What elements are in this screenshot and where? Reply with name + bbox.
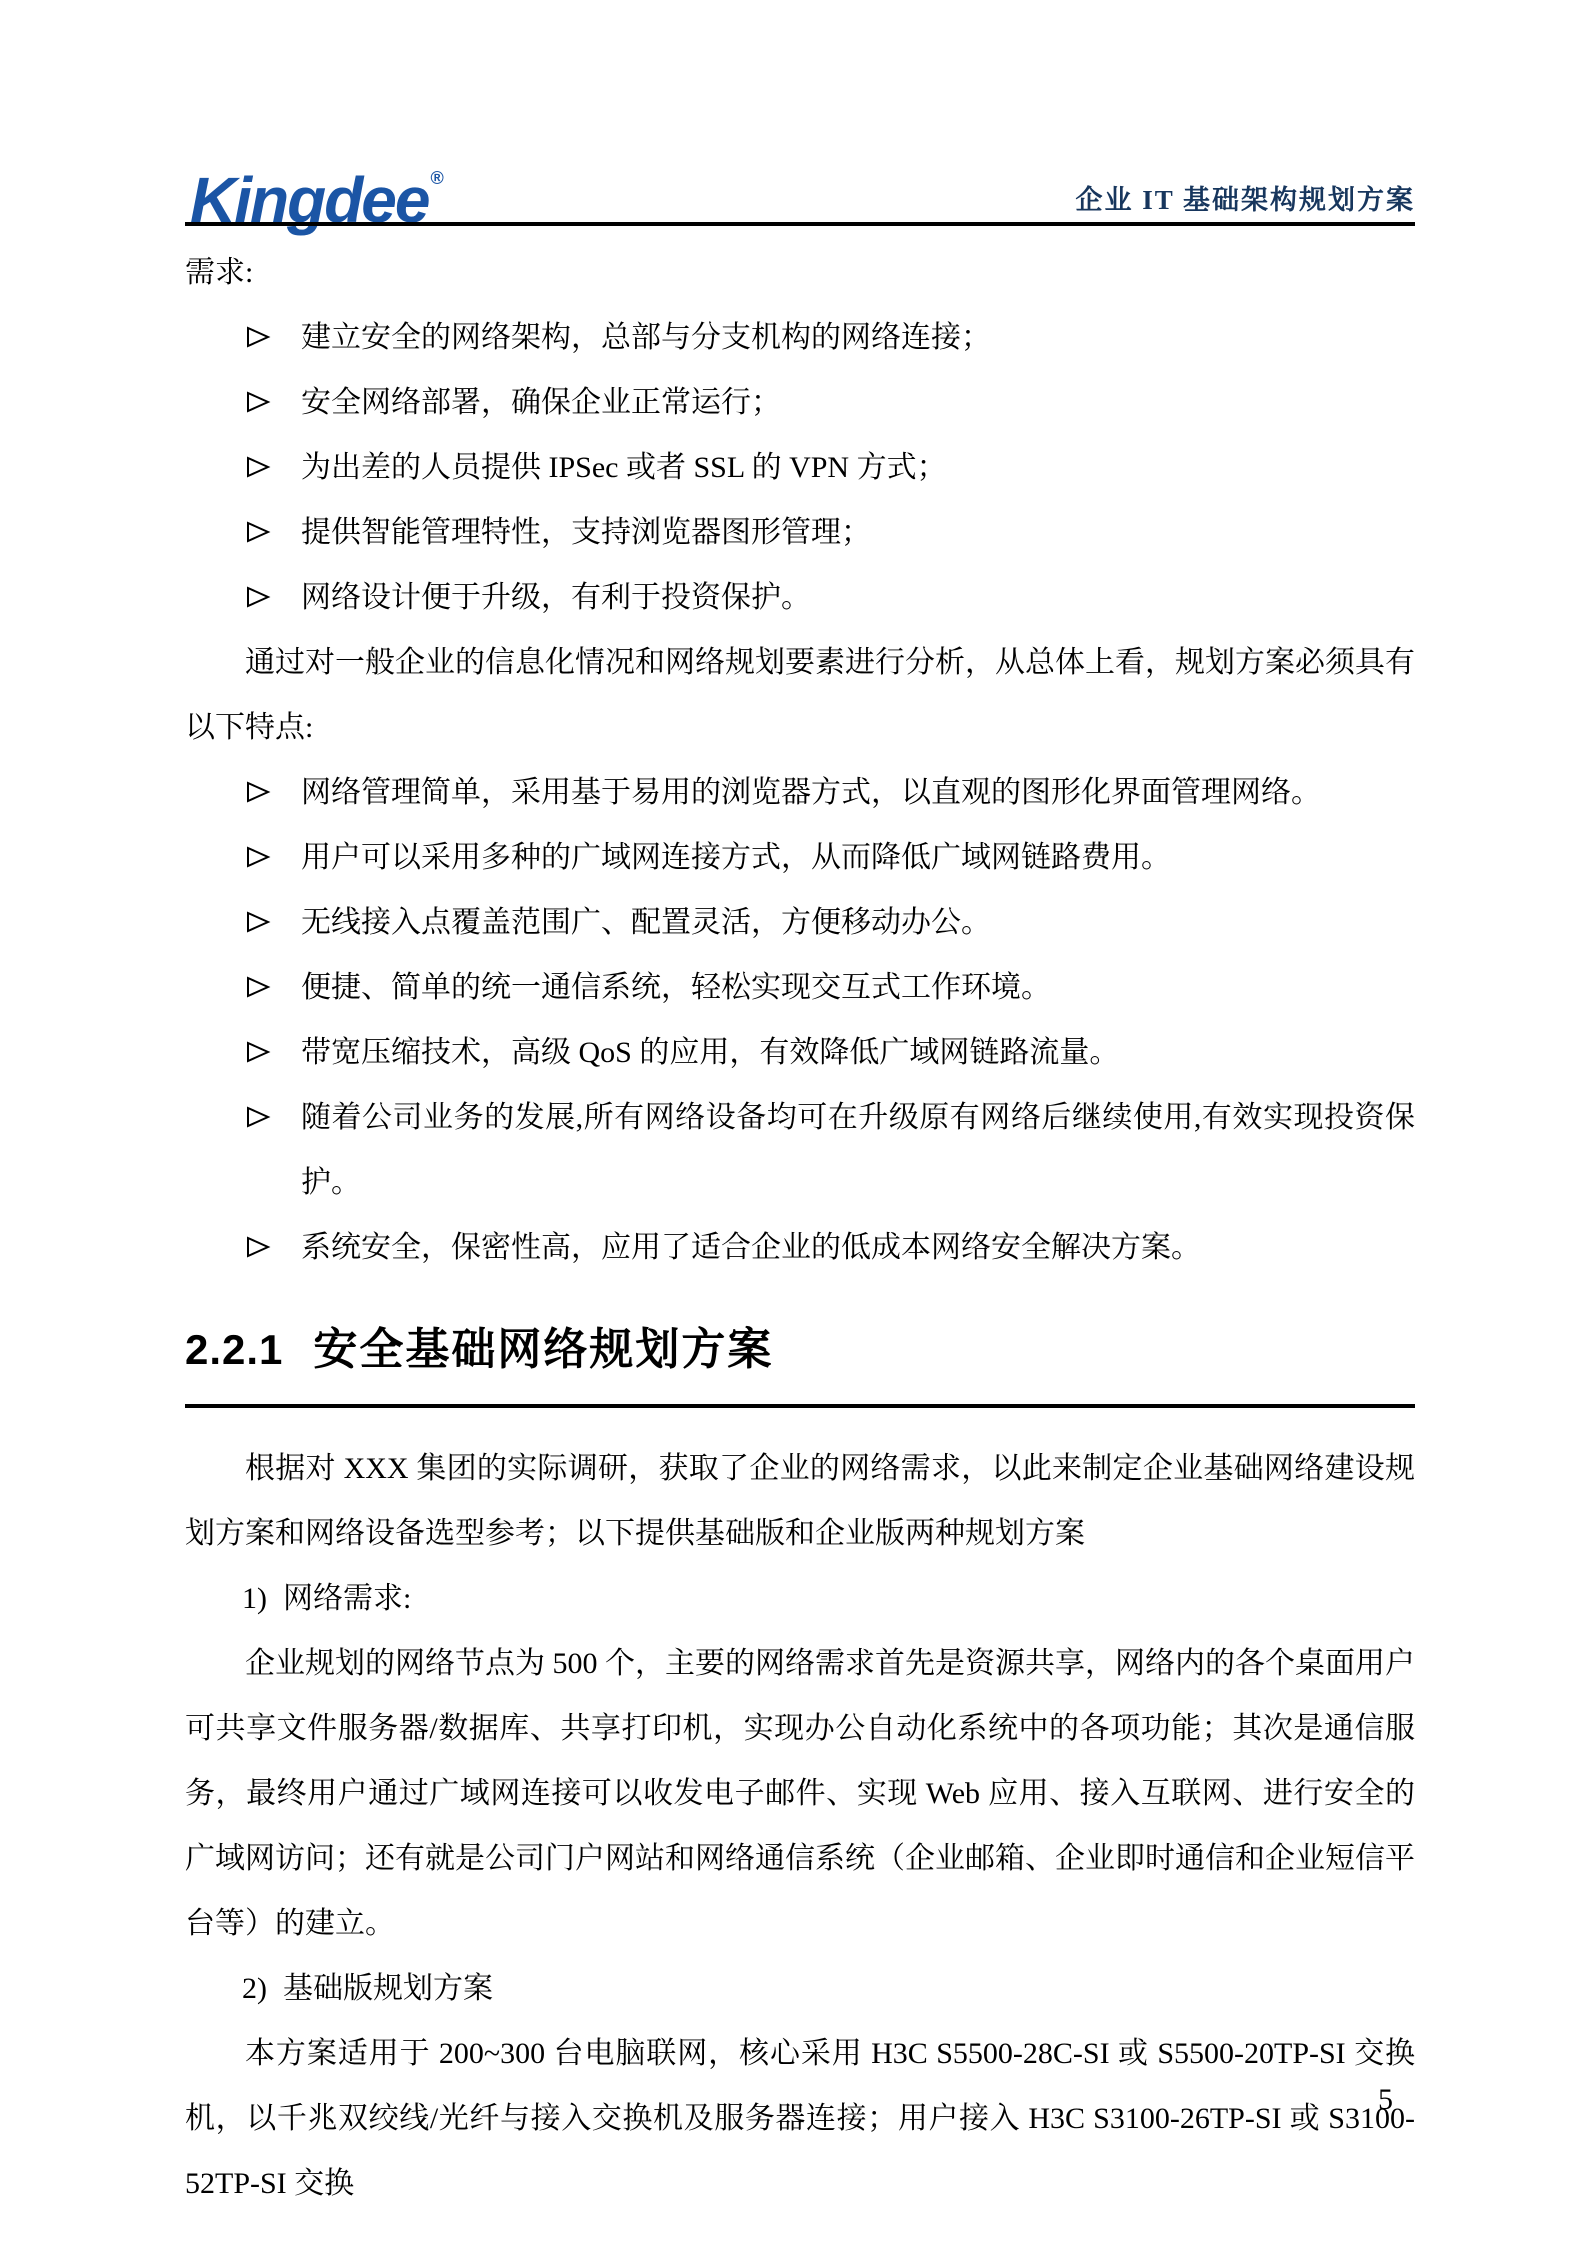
list-item: 建立安全的网络架构，总部与分支机构的网络连接；: [185, 305, 1415, 370]
list-item-text: 网络设计便于升级，有利于投资保护。: [301, 581, 811, 614]
section-number: 2.2.1: [185, 1310, 283, 1390]
requirements-list: 建立安全的网络架构，总部与分支机构的网络连接； 安全网络部署，确保企业正常运行；…: [185, 305, 1415, 630]
list-item: 系统安全，保密性高，应用了适合企业的低成本网络安全解决方案。: [185, 1215, 1415, 1280]
arrowhead-right-icon: [245, 780, 271, 804]
body-content: 需求: 建立安全的网络架构，总部与分支机构的网络连接； 安全网络部署，确保企业正…: [185, 240, 1415, 2216]
features-list: 网络管理简单，采用基于易用的浏览器方式，以直观的图形化界面管理网络。 用户可以采…: [185, 760, 1415, 1280]
arrowhead-right-icon: [245, 520, 271, 544]
list-item: 网络管理简单，采用基于易用的浏览器方式，以直观的图形化界面管理网络。: [185, 760, 1415, 825]
list-item: 带宽压缩技术，高级 QoS 的应用，有效降低广域网链路流量。: [185, 1020, 1415, 1085]
list-item: 安全网络部署，确保企业正常运行；: [185, 370, 1415, 435]
arrowhead-right-icon: [245, 1040, 271, 1064]
item-title: 基础版规划方案: [283, 1972, 493, 2005]
section-title: 安全基础网络规划方案: [313, 1310, 773, 1390]
kingdee-logo: Kingdee®: [190, 146, 444, 232]
arrowhead-right-icon: [245, 325, 271, 349]
document-title: 企业 IT 基础架构规划方案: [1075, 184, 1415, 216]
list-item: 便捷、简单的统一通信系统，轻松实现交互式工作环境。: [185, 955, 1415, 1020]
arrowhead-right-icon: [245, 390, 271, 414]
arrowhead-right-icon: [245, 845, 271, 869]
arrowhead-right-icon: [245, 975, 271, 999]
list-item-text: 无线接入点覆盖范围广、配置灵活，方便移动办公。: [301, 906, 991, 939]
item-title: 网络需求:: [283, 1582, 411, 1615]
list-item: 用户可以采用多种的广域网连接方式，从而降低广域网链路费用。: [185, 825, 1415, 890]
item-number: 2): [242, 1972, 267, 2005]
requirements-lead: 需求:: [185, 240, 1415, 305]
list-item-text: 系统安全，保密性高，应用了适合企业的低成本网络安全解决方案。: [301, 1231, 1201, 1264]
list-item: 提供智能管理特性，支持浏览器图形管理；: [185, 500, 1415, 565]
network-requirements-paragraph: 企业规划的网络节点为 500 个，主要的网络需求首先是资源共享，网络内的各个桌面…: [185, 1631, 1415, 1956]
list-item-text: 为出差的人员提供 IPSec 或者 SSL 的 VPN 方式；: [301, 451, 947, 484]
list-item-text: 用户可以采用多种的广域网连接方式，从而降低广域网链路费用。: [301, 841, 1171, 874]
arrowhead-right-icon: [245, 1105, 271, 1129]
list-item-text: 便捷、简单的统一通信系统，轻松实现交互式工作环境。: [301, 971, 1051, 1004]
list-item-text: 带宽压缩技术，高级 QoS 的应用，有效降低广域网链路流量。: [301, 1036, 1119, 1069]
list-item-text: 网络管理简单，采用基于易用的浏览器方式，以直观的图形化界面管理网络。: [301, 776, 1321, 809]
list-item: 随着公司业务的发展,所有网络设备均可在升级原有网络后继续使用,有效实现投资保护。: [185, 1085, 1415, 1215]
list-item-text: 建立安全的网络架构，总部与分支机构的网络连接；: [301, 321, 991, 354]
basic-plan-paragraph: 本方案适用于 200~300 台电脑联网，核心采用 H3C S5500-28C-…: [185, 2021, 1415, 2216]
list-item: 网络设计便于升级，有利于投资保护。: [185, 565, 1415, 630]
arrowhead-right-icon: [245, 1235, 271, 1259]
list-item-text: 提供智能管理特性，支持浏览器图形管理；: [301, 516, 871, 549]
section-heading: 2.2.1 安全基础网络规划方案: [185, 1310, 1415, 1390]
arrowhead-right-icon: [245, 910, 271, 934]
list-item-text: 随着公司业务的发展,所有网络设备均可在升级原有网络后继续使用,有效实现投资保护。: [301, 1101, 1415, 1199]
item-number: 1): [242, 1582, 267, 1615]
list-item: 为出差的人员提供 IPSec 或者 SSL 的 VPN 方式；: [185, 435, 1415, 500]
numbered-item-1-label: 1)网络需求:: [185, 1566, 1415, 1631]
section-intro-paragraph: 根据对 XXX 集团的实际调研，获取了企业的网络需求，以此来制定企业基础网络建设…: [185, 1436, 1415, 1566]
page-number: 5: [1378, 2082, 1393, 2118]
registered-mark: ®: [430, 168, 443, 188]
header-rule: [185, 222, 1415, 226]
list-item-text: 安全网络部署，确保企业正常运行；: [301, 386, 781, 419]
arrowhead-right-icon: [245, 455, 271, 479]
list-item: 无线接入点覆盖范围广、配置灵活，方便移动办公。: [185, 890, 1415, 955]
arrowhead-right-icon: [245, 585, 271, 609]
transition-paragraph: 通过对一般企业的信息化情况和网络规划要素进行分析，从总体上看，规划方案必须具有以…: [185, 630, 1415, 760]
document-page: Kingdee® 企业 IT 基础架构规划方案 需求: 建立安全的网络架构，总部…: [0, 0, 1587, 2245]
section-body: 根据对 XXX 集团的实际调研，获取了企业的网络需求，以此来制定企业基础网络建设…: [185, 1408, 1415, 2216]
numbered-item-2-label: 2)基础版规划方案: [185, 1956, 1415, 2021]
